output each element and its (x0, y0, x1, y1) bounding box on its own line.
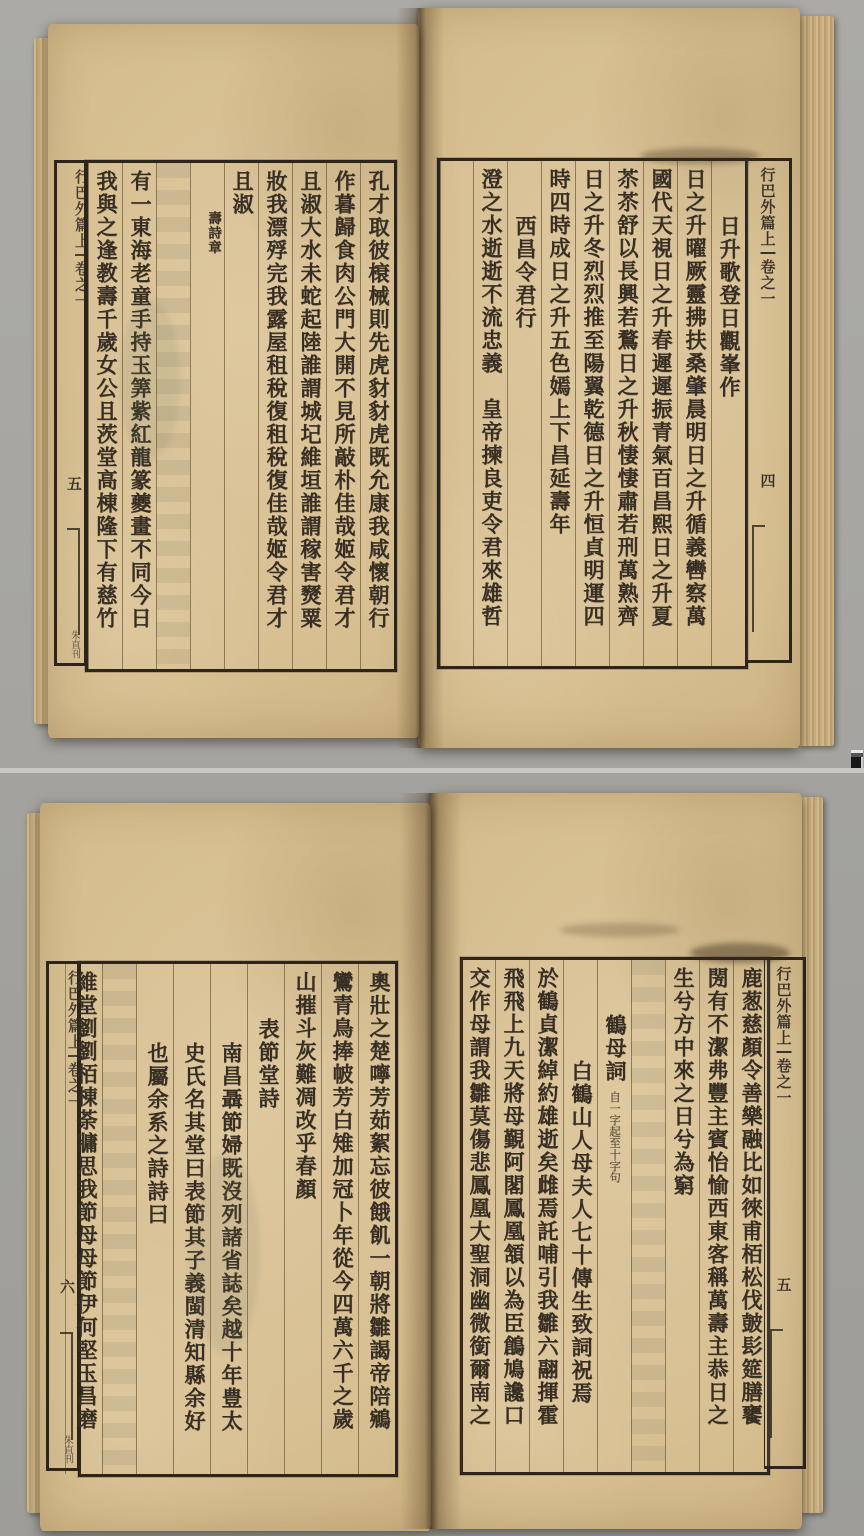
text-column: 苶苶舒以長興若鶩日之升秋悽悽肅若刑萬熟齊 (609, 161, 643, 666)
text-column: 飛飛上九天將母覲阿閣鳳凰頷以為臣鶬鳩讒口 (495, 960, 529, 1472)
text-column: 作暮歸食肉公門大開不見所敲朴佳哉姬令君才 (326, 163, 360, 669)
text-column: 日之升曜厥靈拂扶桑肇晨明日之升循義轡察萬 (677, 161, 711, 666)
text-column: 孔才取彼榱械則先虎豺豺虎既允康我咸懷朝行 (360, 163, 394, 669)
scan-artifact (851, 750, 863, 768)
margin-volume-text: 卷之一 (759, 259, 777, 307)
empty-column (631, 960, 665, 1472)
title-annotation: 自一字起至十字句 (608, 1091, 622, 1183)
margin-divider (68, 1055, 79, 1057)
text-column: 於鶴貞潔綽約雄逝矣雌焉託哺引我雛六翮揮霍 (529, 960, 563, 1472)
book-spread-bottom: 鹿葱慈顏令善樂融比如徠甫栢松伐皷髟筵膳饔 閍有不潔弗豐主賓怡愉西東客稱萬壽主恭日… (0, 768, 864, 1536)
folio-number: 四 (760, 470, 775, 491)
text-column: 白鶴山人母夫人七十傳生致詞祝焉 (563, 960, 597, 1472)
text-column: 國代天視日之升春遲遲振青氣百昌熙日之升夏 (643, 161, 677, 666)
folio-number: 五 (67, 473, 82, 494)
text-column: 有一東海老童手持玉筭紫紅龍篆夔畫不同今日 (122, 163, 156, 669)
bracket-mark (770, 1329, 783, 1437)
section-title-column: 壽詩章 (190, 163, 224, 669)
printer-mark: 朱直刊 (67, 630, 81, 659)
bracket-mark (752, 525, 765, 632)
folio-margin-right: 行巴外篇上卷之一 四 (746, 158, 792, 663)
folio-margin-right: 行巴外篇上卷之一 五 (764, 957, 806, 1469)
margin-volume-text: 卷之一 (775, 1058, 793, 1106)
margin-divider (75, 254, 86, 256)
margin-book-title: 行巴外篇上卷之一 (758, 167, 779, 307)
text-column: 南昌聶節婦既沒列諸省誌矣越十年豊太 (210, 964, 247, 1474)
text-column: 鸞青鳥捧帔芳白雉加冠卜年從今四萬六千之歲 (321, 964, 358, 1474)
margin-book-title: 行巴外篇上卷之一 (65, 970, 78, 1110)
margin-divider (776, 1051, 791, 1053)
folio-margin-left: 行巴外篇上卷之一 五 朱直刊 (54, 160, 85, 666)
poem-title-column: 日升歌登日觀峯作 (711, 161, 745, 666)
text-column: 交作母謂我雛莫傷悲鳳凰大聖洞幽微銜爾南之 (461, 960, 495, 1472)
margin-divider (760, 252, 775, 254)
text-column: 閍有不潔弗豐主賓怡愉西東客稱萬壽主恭日之 (699, 960, 733, 1472)
bracket-mark (60, 1332, 73, 1440)
folio-margin-left: 行巴外篇上卷之一 六 朱直刊 (46, 961, 78, 1471)
text-frame-bottom-left: 奧壯之楚嚀芳茹絮忘彼餓飢一朝將雛謁帝陪鵷 鸞青鳥捧帔芳白雉加冠卜年從今四萬六千之… (78, 961, 398, 1477)
margin-volume-text: 卷之一 (66, 1062, 78, 1110)
margin-volume-text: 卷之一 (73, 261, 85, 309)
poem-title-column: 西昌令君行 (507, 161, 541, 666)
text-column: 妝我漂殍完我露屋租稅復租稅復佳哉姬令君才 (258, 163, 292, 669)
text-column: 且淑大水未蛇起陸誰謂城圮維垣誰謂稼害燹粟 (292, 163, 326, 669)
text-column: 我與之逢教壽千歲女公且茨堂高棟隆下有慈竹 (88, 163, 122, 669)
empty-column (156, 163, 190, 669)
folio-number: 五 (776, 1274, 791, 1295)
folio-number: 六 (60, 1276, 75, 1297)
text-frame-bottom-right: 鹿葱慈顏令善樂融比如徠甫栢松伐皷髟筵膳饔 閍有不潔弗豐主賓怡愉西東客稱萬壽主恭日… (460, 957, 770, 1475)
margin-book-title: 行巴外篇上卷之一 (72, 169, 85, 309)
text-column: 生兮方中來之日兮為窮 (665, 960, 699, 1472)
margin-book-title: 行巴外篇上卷之一 (774, 966, 795, 1106)
printer-mark: 朱直刊 (60, 1435, 74, 1464)
text-frame-top-right: 日升歌登日觀峯作 日之升曜厥靈拂扶桑肇晨明日之升循義轡察萬 國代天視日之升春遲遲… (437, 158, 748, 669)
margin-title-text: 行巴外篇上 (73, 169, 85, 249)
text-column: 時四時成日之升五色嫣上下昌延壽年 (541, 161, 575, 666)
page-edge-stack-right (798, 16, 834, 746)
text-column: 奧壯之楚嚀芳茹絮忘彼餓飢一朝將雛謁帝陪鵷 (358, 964, 395, 1474)
text-column: 山摧斗灰難凋改乎春顏 (284, 964, 321, 1474)
text-column: 也屬余系之詩詩曰 (136, 964, 173, 1474)
text-column: 日之升冬烈烈推至陽翼乾德日之升恒貞明運四 (575, 161, 609, 666)
text-column: 且淑 (224, 163, 258, 669)
margin-title-text: 行巴外篇上 (759, 167, 777, 247)
margin-title-text: 行巴外篇上 (775, 966, 793, 1046)
text-column: 史氏名其堂曰表節其子義閩清知縣余好 (173, 964, 210, 1474)
poem-title-column: 表節堂詩 (247, 964, 284, 1474)
bracket-mark (67, 528, 80, 635)
empty-column (440, 161, 473, 666)
book-spread-top: 日升歌登日觀峯作 日之升曜厥靈拂扶桑肇晨明日之升循義轡察萬 國代天視日之升春遲遲… (0, 0, 864, 768)
text-column: 鹿葱慈顏令善樂融比如徠甫栢松伐皷髟筵膳饔 (733, 960, 767, 1472)
margin-title-text: 行巴外篇上 (66, 970, 78, 1050)
poem-title-column: 鶴母詞自一字起至十字句 (597, 960, 631, 1472)
empty-column (102, 964, 136, 1474)
poem-title-text: 鶴母詞 (603, 1014, 628, 1083)
text-column: 澄之水逝逝不流忠義 皇帝揀良吏令君來雄哲 (473, 161, 507, 666)
text-frame-top-left: 孔才取彼榱械則先虎豺豺虎既允康我咸懷朝行 作暮歸食肉公門大開不見所敲朴佳哉姬令君… (85, 160, 397, 672)
